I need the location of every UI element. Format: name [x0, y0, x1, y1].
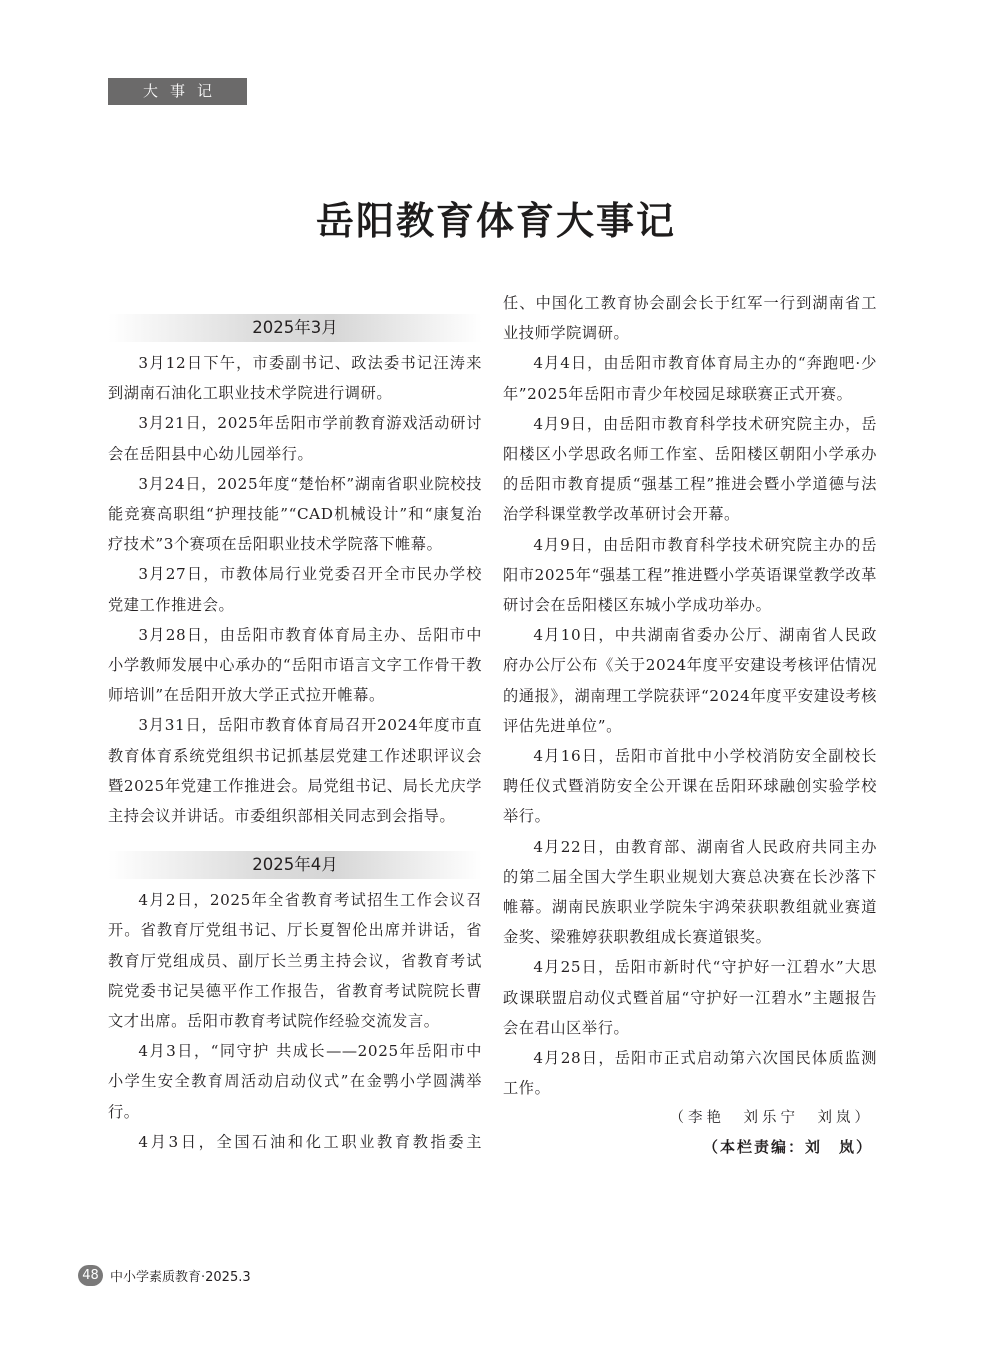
month-header-april: 2025年4月	[108, 851, 482, 879]
event-entry: 3月28日，由岳阳市教育体育局主办、岳阳市中小学教师发展中心承办的“岳阳市语言文…	[108, 620, 482, 711]
event-entry: 4月2日，2025年全省教育考试招生工作会议召开。省教育厅党组书记、厅长夏智伦出…	[108, 885, 482, 1036]
event-entry: 4月16日，岳阳市首批中小学校消防安全副校长聘任仪式暨消防安全公开课在岳阳环球融…	[503, 741, 877, 832]
event-entry: 4月4日，由岳阳市教育体育局主办的“奔跑吧·少年”2025年岳阳市青少年校园足球…	[503, 348, 877, 408]
event-entry: 4月25日，岳阳市新时代“守护好一江碧水”大思政课联盟启动仪式暨首届“守护好一江…	[503, 952, 877, 1043]
column-editor: （本栏责编：刘 岚）	[503, 1133, 877, 1161]
event-entry: 3月31日，岳阳市教育体育局召开2024年度市直教育体育系统党组织书记抓基层党建…	[108, 710, 482, 831]
event-entry: 4月3日，“同守护 共成长——2025年岳阳市中小学生安全教育周活动启动仪式”在…	[108, 1036, 482, 1127]
event-entry-continued: 任、中国化工教育协会副会长于红军一行到湖南省工业技师学院调研。	[503, 288, 877, 348]
month-header-march: 2025年3月	[108, 314, 482, 342]
event-entry: 4月28日，岳阳市正式启动第六次国民体质监测工作。	[503, 1043, 877, 1103]
event-entry: 4月9日，由岳阳市教育科学技术研究院主办，岳阳楼区小学思政名师工作室、岳阳楼区朝…	[503, 409, 877, 530]
page-number-badge: 48	[78, 1265, 103, 1286]
event-entry: 4月9日，由岳阳市教育科学技术研究院主办的岳阳市2025年“强基工程”推进暨小学…	[503, 530, 877, 621]
event-entry: 4月10日，中共湖南省委办公厅、湖南省人民政府办公厅公布《关于2024年度平安建…	[503, 620, 877, 741]
author-byline: （李艳 刘乐宁 刘岚）	[503, 1103, 877, 1133]
right-column: 任、中国化工教育协会副会长于红军一行到湖南省工业技师学院调研。 4月4日，由岳阳…	[503, 288, 877, 1161]
journal-name: 中小学素质教育·2025.3	[110, 1266, 251, 1285]
event-entry: 3月21日，2025年岳阳市学前教育游戏活动研讨会在岳阳县中心幼儿园举行。	[108, 408, 482, 468]
event-entry: 4月22日，由教育部、湖南省人民政府共同主办的第二届全国大学生职业规划大赛总决赛…	[503, 832, 877, 953]
page-title: 岳阳教育体育大事记	[0, 190, 992, 245]
left-column: 2025年3月 3月12日下午，市委副书记、政法委书记汪涛来到湖南石油化工职业技…	[108, 288, 482, 1157]
event-entry: 4月3日，全国石油和化工职业教育教指委主	[108, 1127, 482, 1157]
event-entry: 3月27日，市教体局行业党委召开全市民办学校党建工作推进会。	[108, 559, 482, 619]
section-tag: 大事记	[108, 78, 247, 105]
page-footer: 48 中小学素质教育·2025.3	[78, 1264, 251, 1286]
event-entry: 3月12日下午，市委副书记、政法委书记汪涛来到湖南石油化工职业技术学院进行调研。	[108, 348, 482, 408]
event-entry: 3月24日，2025年度“楚怡杯”湖南省职业院校技能竞赛高职组“护理技能”“CA…	[108, 469, 482, 560]
